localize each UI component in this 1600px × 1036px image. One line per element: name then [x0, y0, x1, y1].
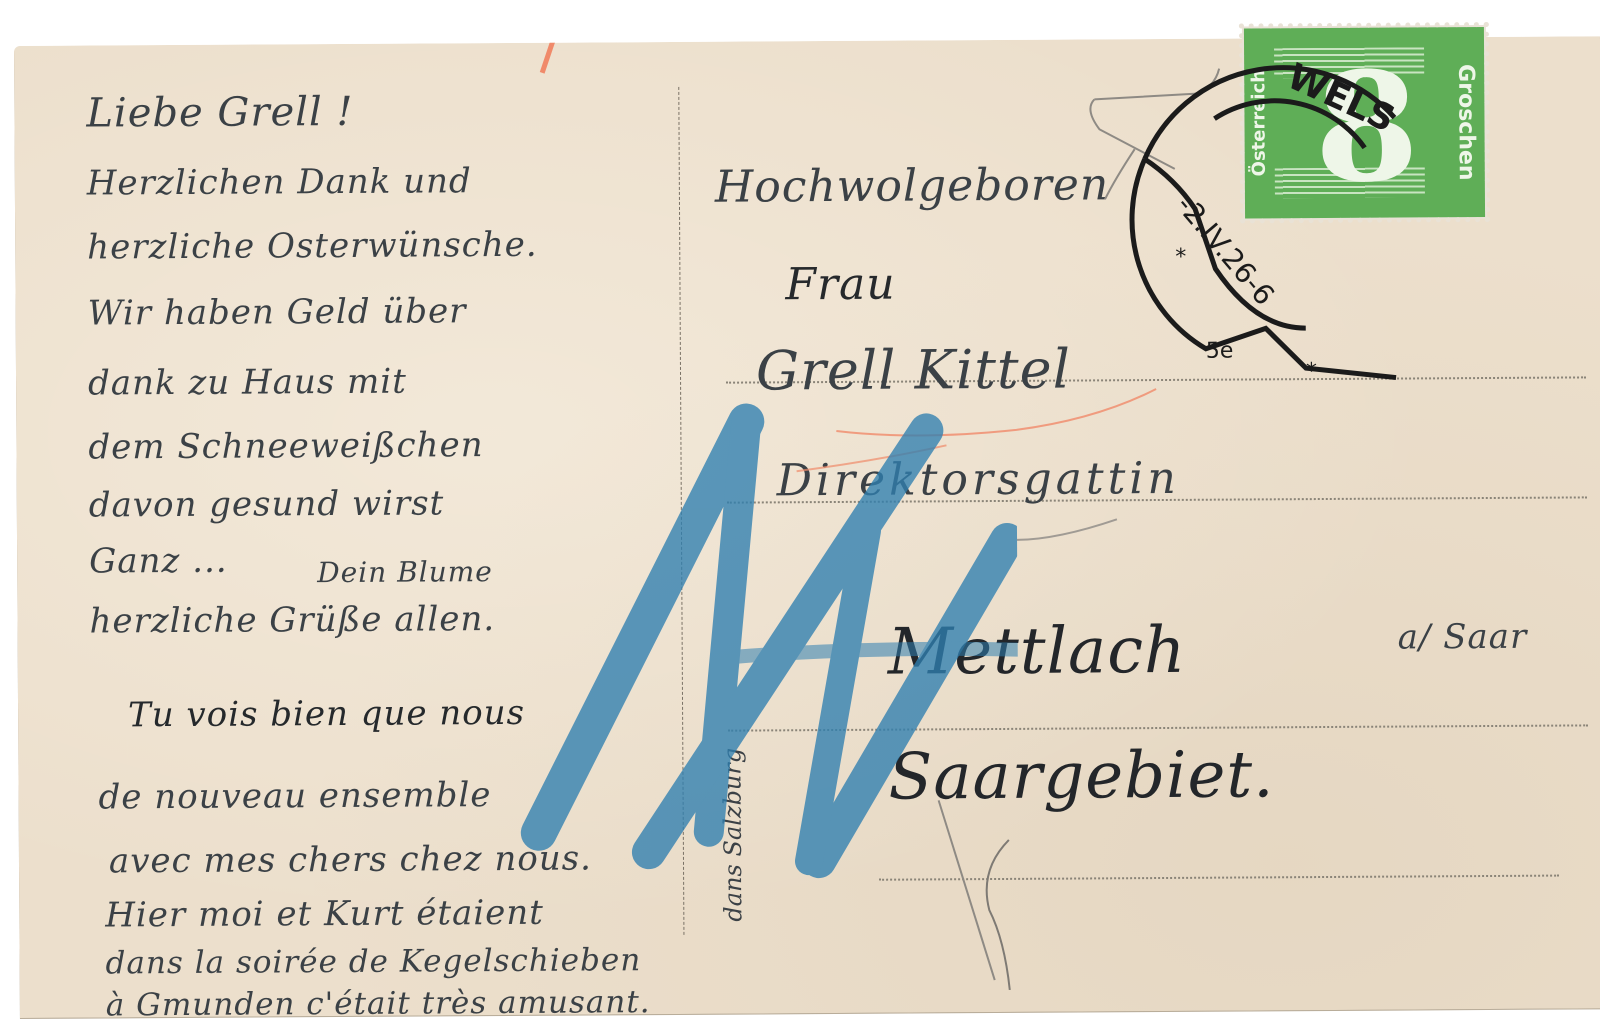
address-region: Saargebiet. — [888, 738, 1274, 814]
message-line: de nouveau ensemble — [98, 775, 491, 817]
message-line: herzliche Grüße allen. — [89, 599, 495, 641]
message-line: dank zu Haus mit — [88, 362, 407, 404]
center-divider-line — [678, 87, 684, 935]
message-line: Ganz ... — [89, 541, 228, 582]
address-name: Grell Kittel — [756, 338, 1071, 403]
message-line: avec mes chers chez nous. — [109, 838, 592, 881]
address-rule-3 — [728, 724, 1588, 731]
address-title: Frau — [785, 259, 895, 311]
message-line: dans la soirée de Kegelschieben — [105, 942, 641, 981]
svg-text:*: * — [1306, 359, 1317, 384]
address-salutation: Hochwolgeboren — [715, 159, 1110, 212]
message-line: herzliche Osterwünsche. — [87, 225, 538, 268]
message-line: dem Schneeweißchen — [88, 425, 483, 467]
stamp-currency: Groschen — [1442, 37, 1479, 207]
svg-text:*: * — [1175, 245, 1186, 270]
message-line: Herzlichen Dank und — [87, 161, 472, 203]
address-city: Mettlach — [887, 614, 1186, 690]
message-line: à Gmunden c'était très amusant. — [106, 984, 651, 1023]
message-line: Tu vois bien que nous — [128, 693, 525, 735]
message-line: Dein Blume — [317, 555, 493, 589]
postmark-code: 5e — [1206, 339, 1234, 364]
message-line: davon gesund wirst — [89, 483, 445, 525]
vertical-note: dans Salzburg — [718, 748, 747, 922]
address-rule-4 — [879, 875, 1559, 881]
message-line: Wir haben Geld über — [88, 291, 467, 333]
postcard: Liebe Grell ! Herzlichen Dank und herzli… — [14, 36, 1600, 1018]
address-city-suffix: a/ Saar — [1398, 617, 1528, 658]
address-occupation: Direktorsgattin — [777, 453, 1180, 506]
message-line: Liebe Grell ! — [86, 89, 353, 137]
message-line: Hier moi et Kurt étaient — [105, 893, 544, 936]
stamp-country: Österreich — [1248, 48, 1275, 198]
